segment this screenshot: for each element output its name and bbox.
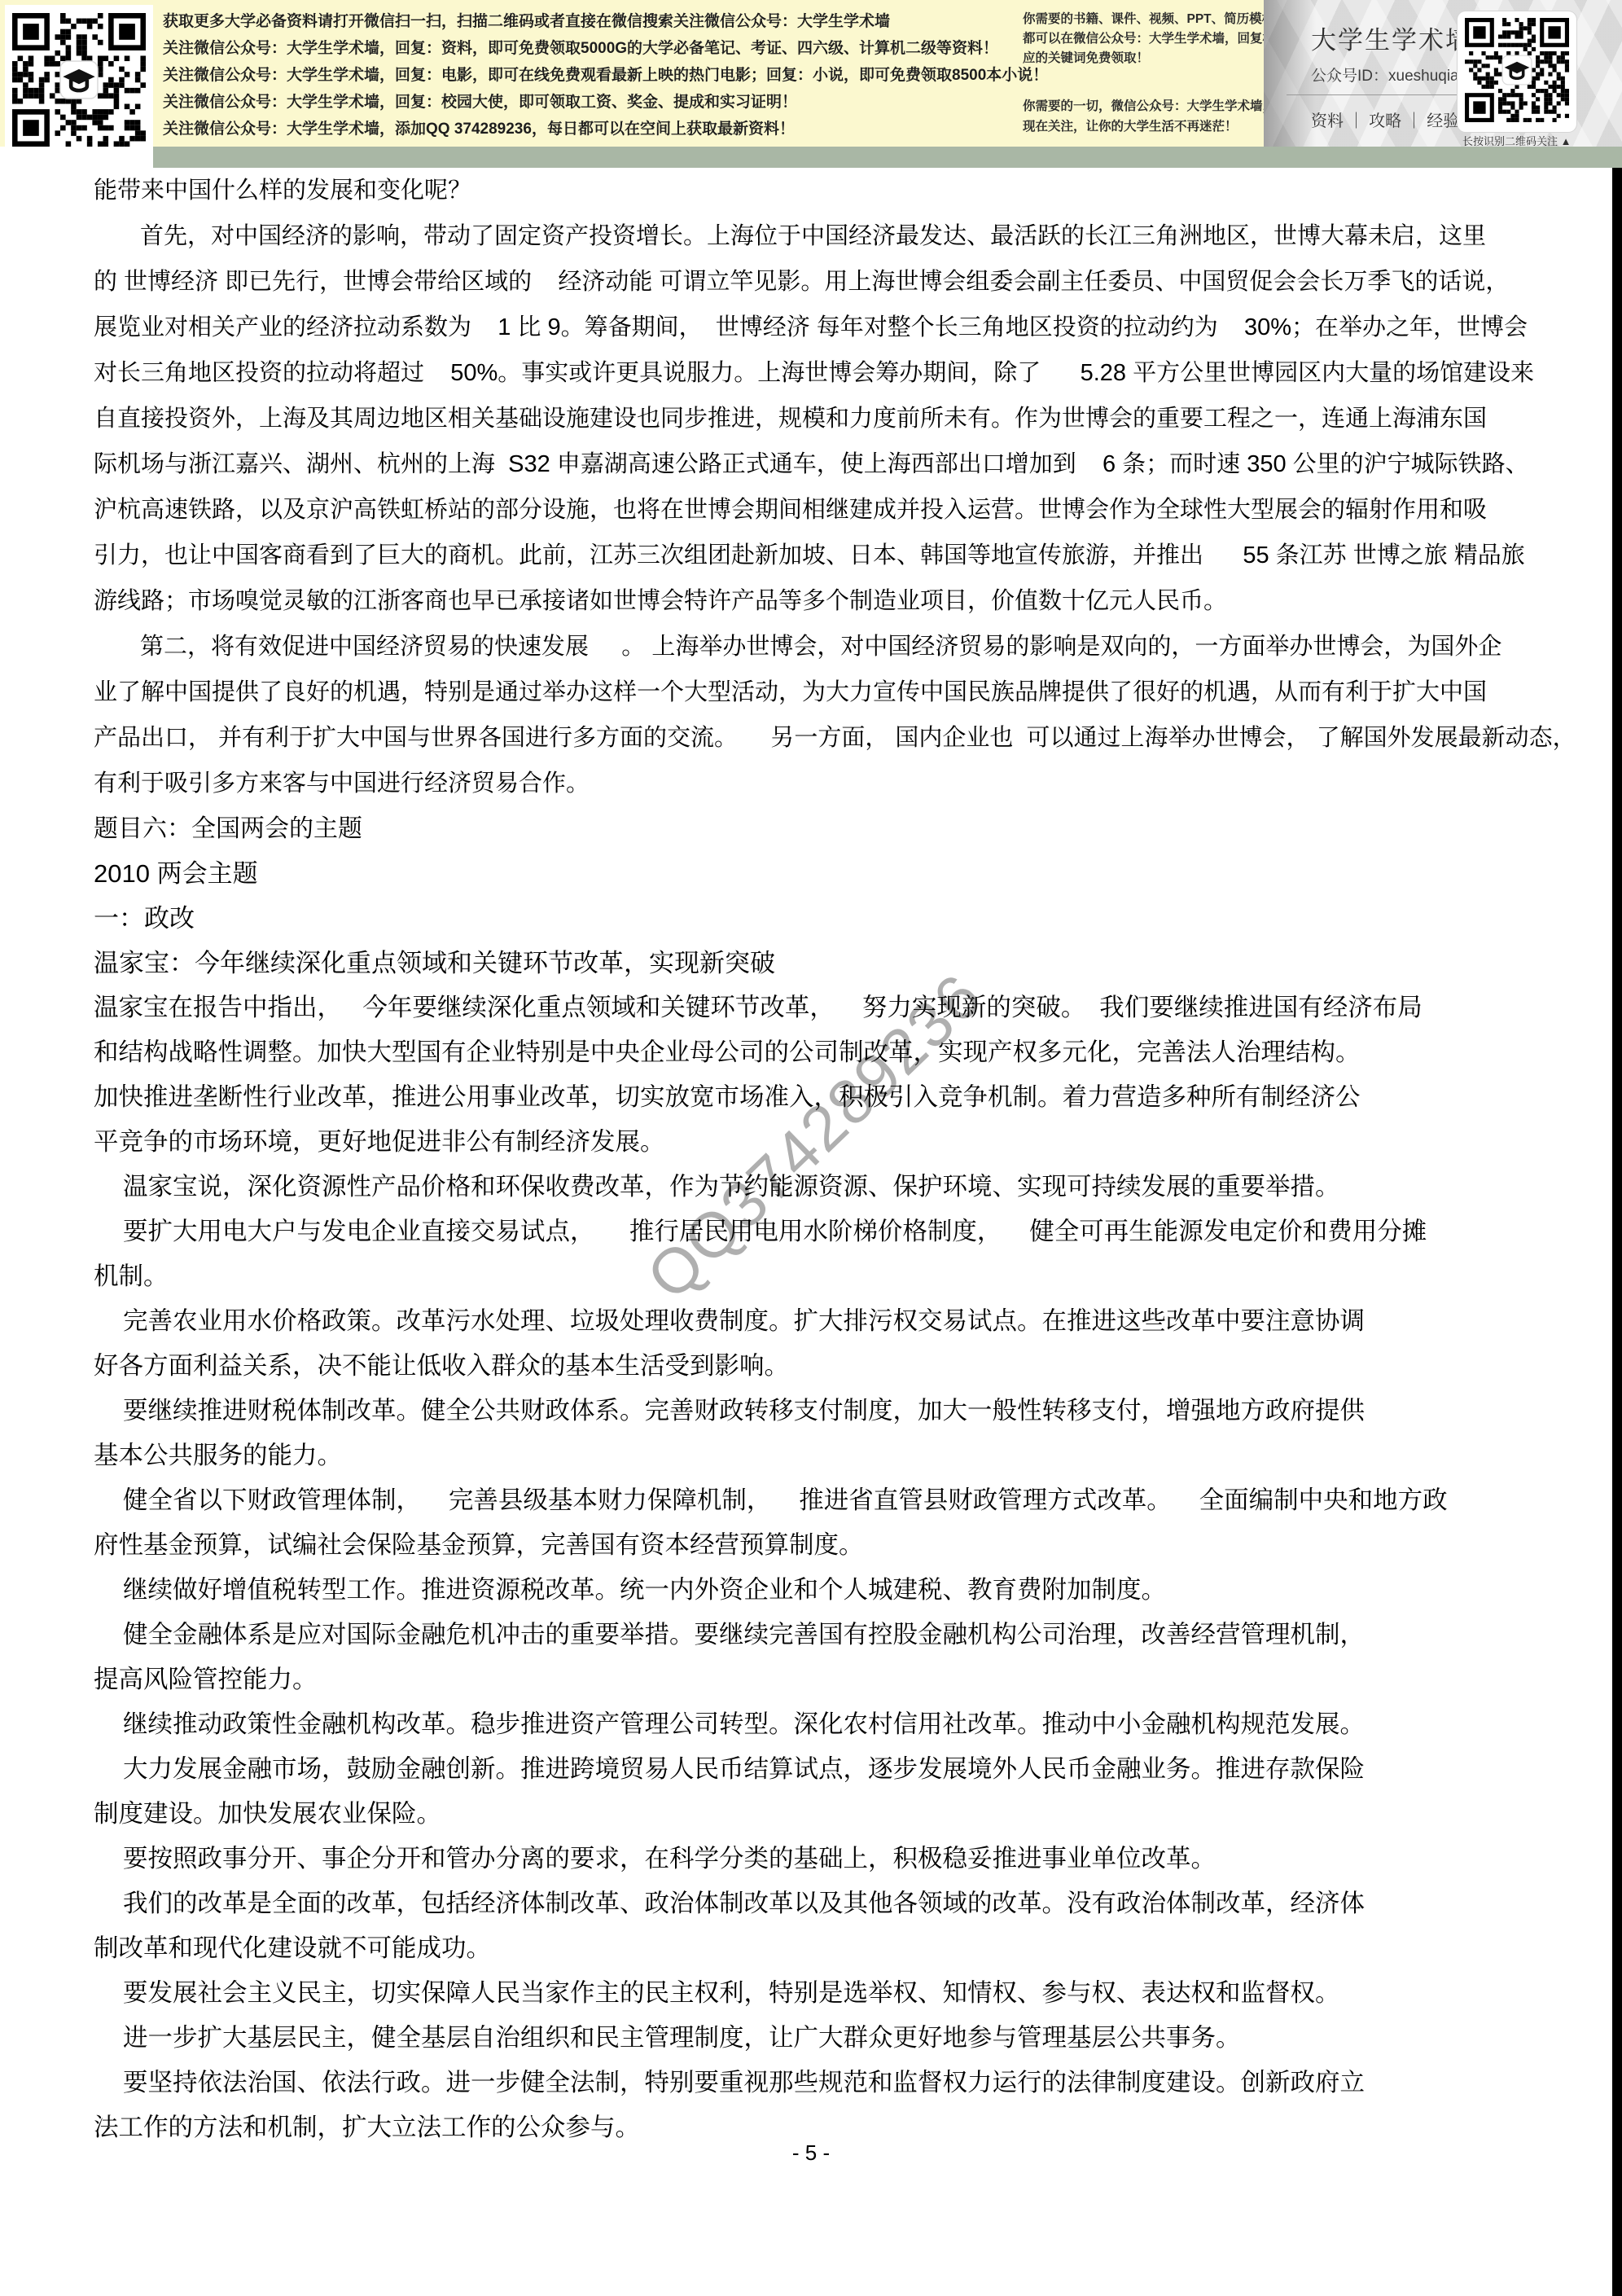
- qr-code-right-box: [1458, 11, 1576, 132]
- doc-line: 机制。: [94, 1254, 1551, 1299]
- doc-line: 完善农业用水价格政策。改革污水处理、垃圾处理收费制度。扩大排污权交易试点。在推进…: [94, 1299, 1551, 1344]
- doc-line: 的 世博经济 即已先行，世博会带给区域的 经济动能 可谓立竿见影。用上海世博会组…: [94, 259, 1551, 305]
- doc-line: 有利于吸引多方来客与中国进行经济贸易合作。: [94, 761, 1551, 806]
- doc-line: 自直接投资外，上海及其周边地区相关基础设施建设也同步推进，规模和力度前所未有。作…: [94, 396, 1551, 441]
- doc-line: 展览业对相关产业的经济拉动系数为 1 比 9。筹备期间， 世博经济 每年对整个长…: [94, 305, 1551, 350]
- header-promo-left: 获取更多大学必备资料请打开微信扫一扫，扫描二维码或者直接在微信搜索关注微信公众号…: [163, 8, 1048, 143]
- doc-line: 制度建设。加快发展农业保险。: [94, 1792, 1551, 1837]
- promo-line: 关注微信公众号：大学生学术墙，回复：校园大使，即可领取工资、奖金、提成和实习证明…: [163, 89, 1048, 116]
- doc-line: 要发展社会主义民主，切实保障人民当家作主的民主权利，特别是选举权、知情权、参与权…: [94, 1971, 1551, 2016]
- doc-line: 要继续推进财税体制改革。健全公共财政体系。完善财政转移支付制度，加大一般性转移支…: [94, 1389, 1551, 1433]
- doc-line: 好各方面利益关系，决不能让低收入群众的基本生活受到影响。: [94, 1344, 1551, 1389]
- qr-code-icon: [12, 13, 146, 151]
- page-number: - 5 -: [0, 2140, 1622, 2166]
- document-body: 能带来中国什么样的发展和变化呢？ 首先，对中国经济的影响，带动了固定资产投资增长…: [94, 168, 1551, 2150]
- doc-line: 温家宝在报告中指出， 今年要继续深化重点领域和关键环节改革， 努力实现新的突破。…: [94, 986, 1551, 1030]
- promo-mid-top: 你需要的书籍、课件、视频、PPT、简历模板 都可以在微信公众号：大学生学术墙，回…: [1023, 10, 1267, 68]
- doc-line: 第二，将有效促进中国经济贸易的快速发展 。 上海举办世博会，对中国经济贸易的影响…: [94, 624, 1551, 669]
- promo-line: 都可以在微信公众号：大学生学术墙，回复相: [1023, 29, 1267, 49]
- doc-line: 健全金融体系是应对国际金融危机冲击的重要举措。要继续完善国有控股金融机构公司治理…: [94, 1613, 1551, 1657]
- qr-code-icon: [1465, 18, 1569, 126]
- doc-line: 际机场与浙江嘉兴、湖州、杭州的上海 S32 申嘉湖高速公路正式通车，使上海西部出…: [94, 441, 1551, 487]
- doc-line: 平竞争的市场环境，更好地促进非公有制经济发展。: [94, 1120, 1551, 1165]
- promo-line: 你需要的书籍、课件、视频、PPT、简历模板: [1023, 10, 1267, 29]
- doc-line: 首先，对中国经济的影响，带动了固定资产投资增长。上海位于中国经济最发达、最活跃的…: [94, 213, 1551, 259]
- doc-line: 制改革和现代化建设就不可能成功。: [94, 1926, 1551, 1971]
- doc-line: 要扩大用电大户与发电企业直接交易试点， 推行居民用电用水阶梯价格制度， 健全可再…: [94, 1209, 1551, 1254]
- doc-line: 对长三角地区投资的拉动将超过 50%。事实或许更具说服力。上海世博会筹办期间，除…: [94, 350, 1551, 396]
- green-strip: [153, 147, 1622, 168]
- doc-line: 和结构战略性调整。加快大型国有企业特别是中央企业母公司的公司制改革，实现产权多元…: [94, 1030, 1551, 1075]
- doc-line: 我们的改革是全面的改革，包括经济体制改革、政治体制改革以及其他各领域的改革。没有…: [94, 1881, 1551, 1926]
- doc-line: 加快推进垄断性行业改革，推进公用事业改革，切实放宽市场准入，积极引入竞争机制。着…: [94, 1075, 1551, 1120]
- promo-line: 关注微信公众号：大学生学术墙，添加QQ 374289236，每日都可以在空间上获…: [163, 116, 1048, 143]
- document-page: 获取更多大学必备资料请打开微信扫一扫，扫描二维码或者直接在微信搜索关注微信公众号…: [0, 0, 1622, 2296]
- header-promo-mid: 你需要的书籍、课件、视频、PPT、简历模板 都可以在微信公众号：大学生学术墙，回…: [1023, 10, 1267, 137]
- brand-card: 大学生学术墙 公众号ID：xueshuqiang8888 资料 ｜ 攻略 ｜ 经…: [1264, 0, 1622, 147]
- qr-code-left-box: [5, 5, 153, 158]
- doc-heading: 一：政改: [94, 896, 1551, 941]
- promo-line: 获取更多大学必备资料请打开微信扫一扫，扫描二维码或者直接在微信搜索关注微信公众号…: [163, 8, 1048, 35]
- doc-heading: 题目六：全国两会的主题: [94, 806, 1551, 851]
- doc-line: 进一步扩大基层民主，健全基层自治组织和民主管理制度，让广大群众更好地参与管理基层…: [94, 2016, 1551, 2061]
- doc-line: 要坚持依法治国、依法行政。进一步健全法制，特别要重视那些规范和监督权力运行的法律…: [94, 2061, 1551, 2105]
- doc-line: 大力发展金融市场，鼓励金融创新。推进跨境贸易人民币结算试点，逐步发展境外人民币金…: [94, 1747, 1551, 1792]
- doc-heading: 2010 两会主题: [94, 851, 1551, 896]
- brand-divider: [1287, 94, 1469, 95]
- doc-line: 府性基金预算，试编社会保险基金预算，完善国有资本经营预算制度。: [94, 1523, 1551, 1568]
- doc-line: 产品出口， 并有利于扩大中国与世界各国进行多方面的交流。 另一方面， 国内企业也…: [94, 715, 1551, 761]
- doc-line: 继续做好增值税转型工作。推进资源税改革。统一内外资企业和个人城建税、教育费附加制…: [94, 1568, 1551, 1613]
- doc-line: 能带来中国什么样的发展和变化呢？: [94, 168, 1551, 213]
- brand-title: 大学生学术墙: [1311, 20, 1472, 56]
- doc-line: 温家宝说，深化资源性产品价格和环保收费改革，作为节约能源资源、保护环境、实现可持…: [94, 1165, 1551, 1209]
- scan-edge-bar: [1612, 168, 1622, 2296]
- promo-line: 关注微信公众号：大学生学术墙，回复：电影，即可在线免费观看最新上映的热门电影；回…: [163, 62, 1048, 89]
- doc-line: 基本公共服务的能力。: [94, 1433, 1551, 1478]
- doc-line: 要按照政事分开、事企分开和管办分离的要求，在科学分类的基础上，积极稳妥推进事业单…: [94, 1837, 1551, 1881]
- doc-heading: 温家宝：今年继续深化重点领域和关键环节改革，实现新突破: [94, 941, 1551, 986]
- promo-mid-bottom: 你需要的一切，微信公众号：大学生学术墙，都有! 现在关注，让你的大学生活不再迷茫…: [1023, 96, 1267, 137]
- doc-line: 业了解中国提供了良好的机遇，特别是通过举办这样一个大型活动，为大力宣传中国民族品…: [94, 669, 1551, 715]
- qr-caption: 长按识别二维码关注 ▲: [1462, 133, 1571, 148]
- doc-line: 继续推动政策性金融机构改革。稳步推进资产管理公司转型。深化农村信用社改革。推动中…: [94, 1702, 1551, 1747]
- promo-line: 关注微信公众号：大学生学术墙，回复：资料，即可免费领取5000G的大学必备笔记、…: [163, 35, 1048, 62]
- promo-line: 现在关注，让你的大学生活不再迷茫！: [1023, 116, 1267, 137]
- promo-line: 应的关键词免费领取！: [1023, 49, 1267, 68]
- promo-line: 你需要的一切，微信公众号：大学生学术墙，都有!: [1023, 96, 1267, 116]
- doc-line: 健全省以下财政管理体制， 完善县级基本财力保障机制， 推进省直管县财政管理方式改…: [94, 1478, 1551, 1523]
- doc-line: 引力，也让中国客商看到了巨大的商机。此前，江苏三次组团赴新加坡、日本、韩国等地宣…: [94, 533, 1551, 578]
- doc-line: 游线路；市场嗅觉灵敏的江浙客商也早已承接诸如世博会特许产品等多个制造业项目，价值…: [94, 578, 1551, 624]
- doc-line: 提高风险管控能力。: [94, 1657, 1551, 1702]
- doc-line: 沪杭高速铁路，以及京沪高铁虹桥站的部分设施，也将在世博会期间相继建成并投入运营。…: [94, 487, 1551, 533]
